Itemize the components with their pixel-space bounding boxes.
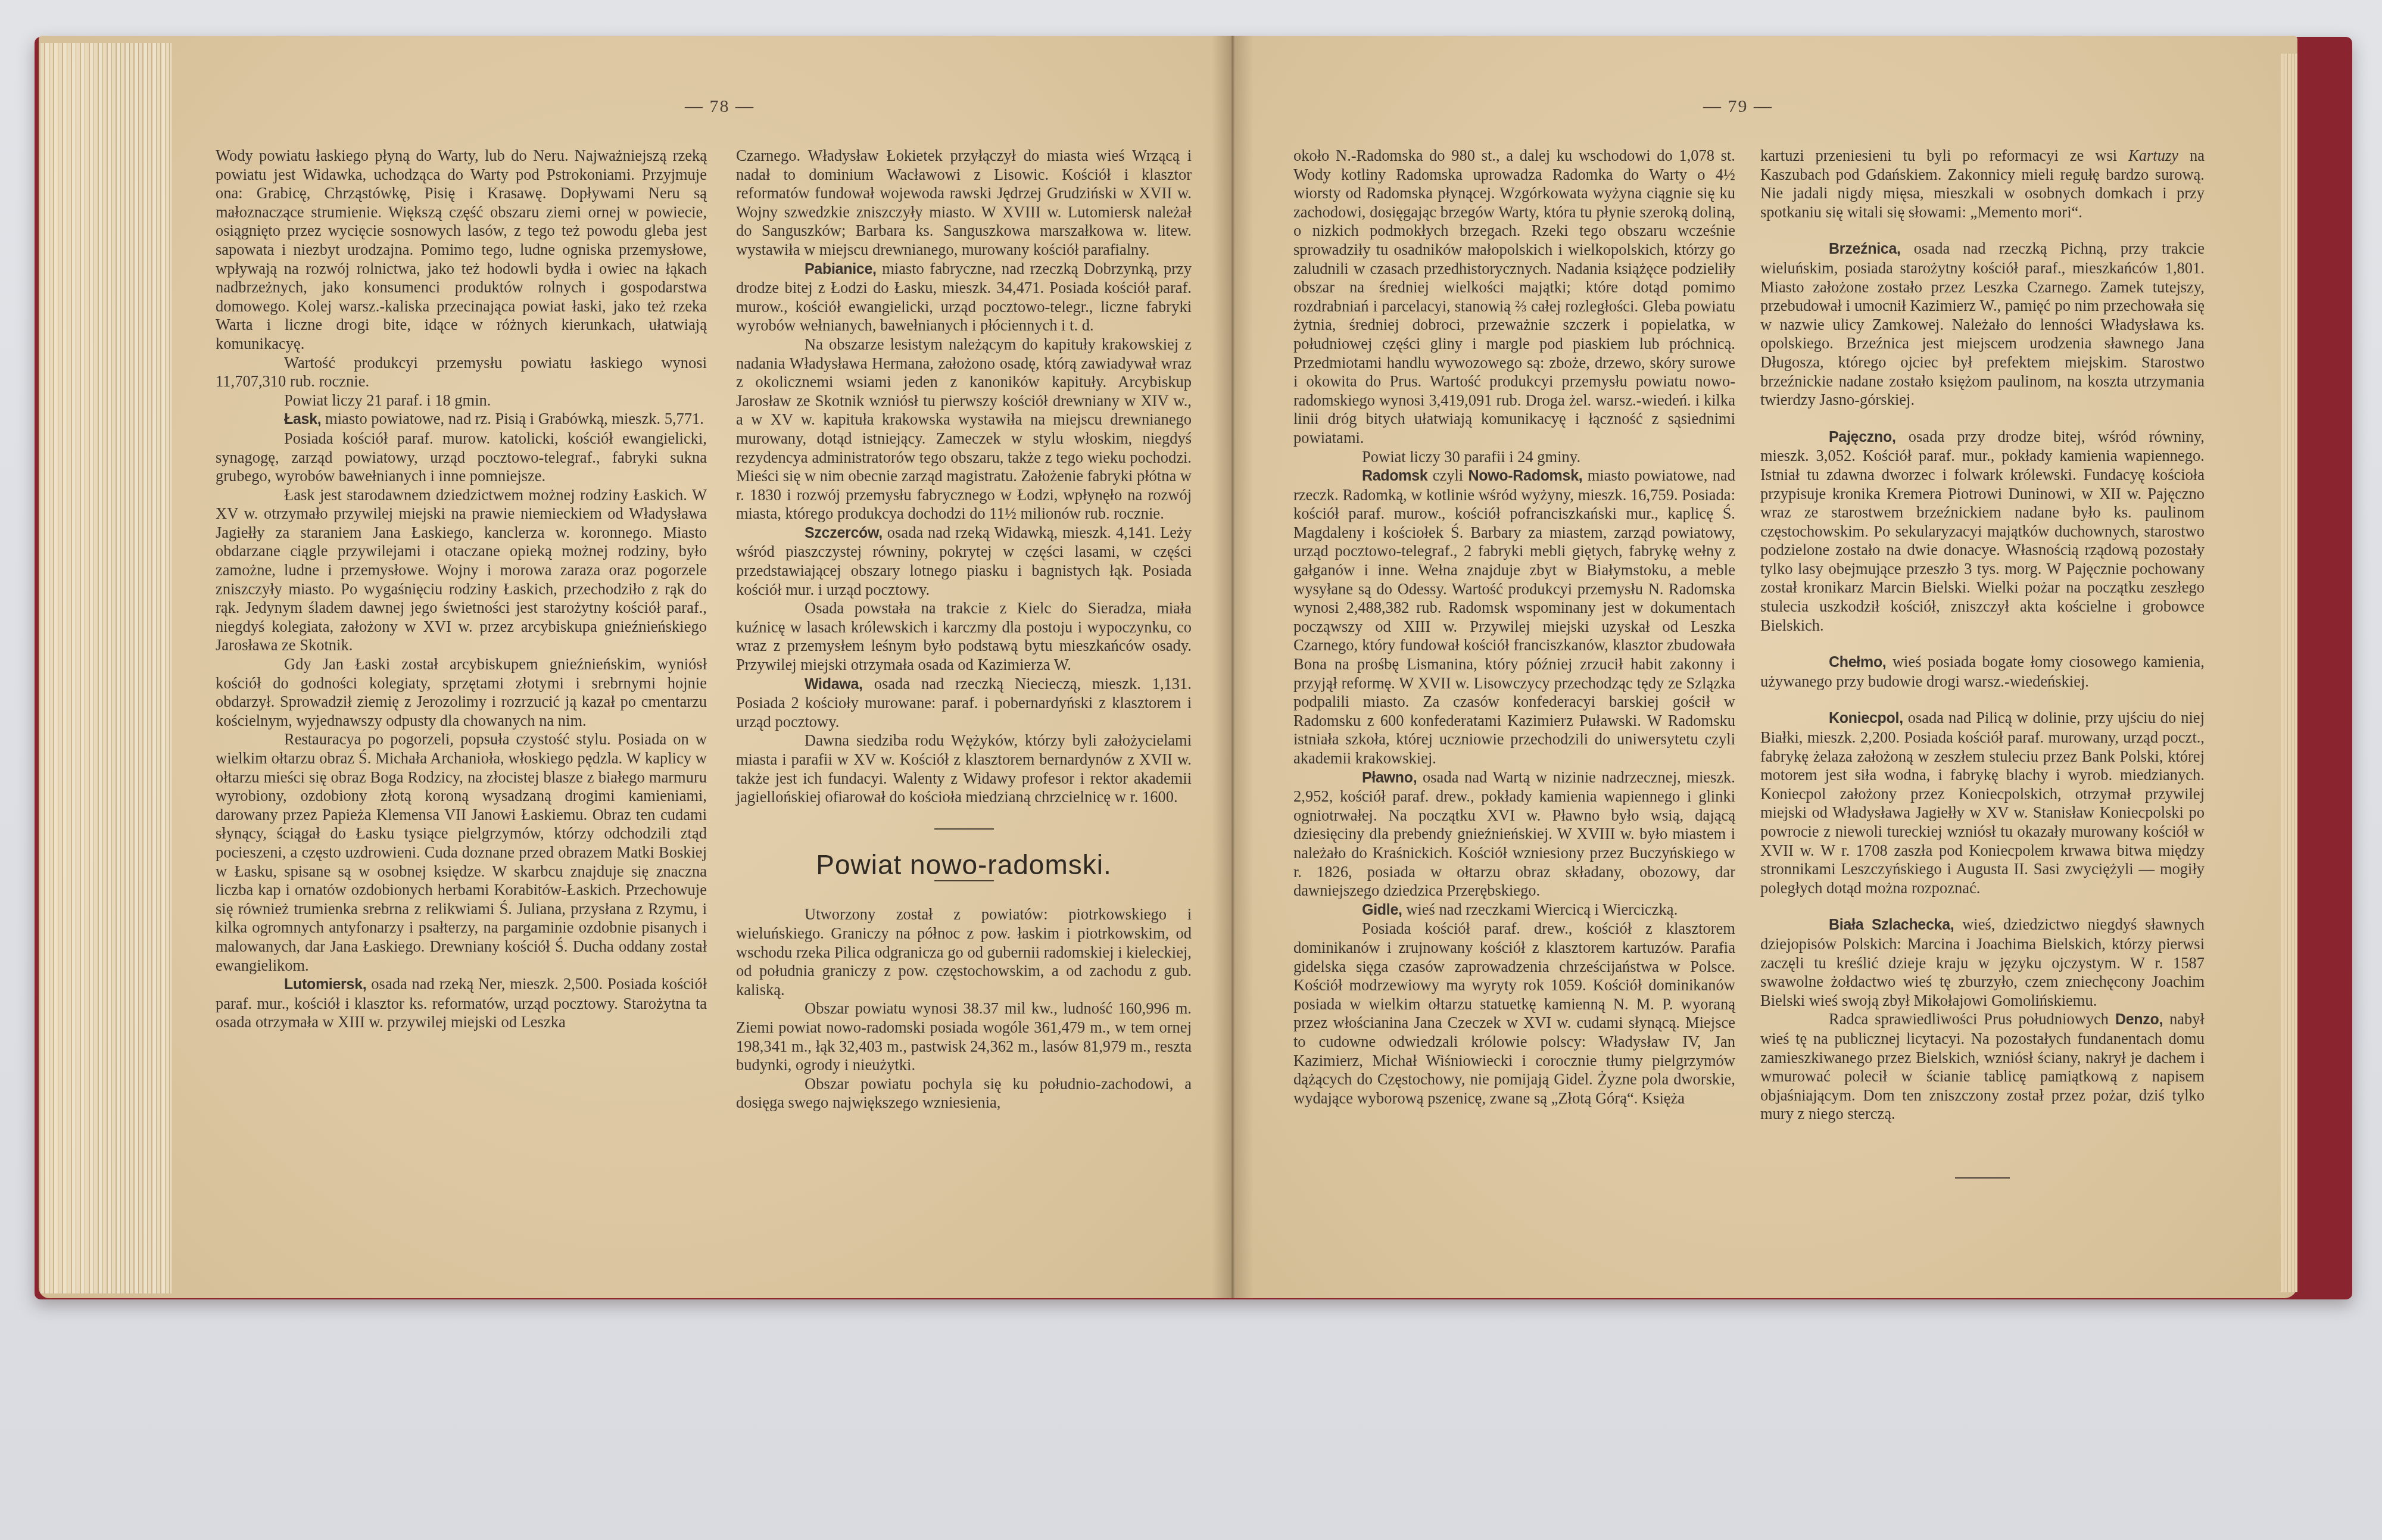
right-page-column-1: około N.-Radomska do 980 st., a dalej ku… [1293, 146, 1735, 1108]
right-column-2-entries: kartuzi przeniesieni tu byli po reformac… [1760, 146, 2205, 1124]
right-page-fore-edge [2281, 54, 2297, 1292]
paragraph-text: Czarnego. Władysław Łokietek przyłączył … [736, 146, 1192, 258]
paragraph: Utworzony został z powiatów: piotrkowski… [736, 905, 1192, 999]
entry-heading: Chełmo, [1829, 654, 1887, 671]
entry-heading: Łask, [284, 411, 321, 428]
paragraph-text: Restauracya po pogorzeli, popsuła czysto… [216, 730, 707, 974]
left-column-2-section-entries: Utworzony został z powiatów: piotrkowski… [736, 905, 1192, 1112]
paragraph: Powiat liczy 30 parafii i 24 gminy. [1293, 448, 1735, 467]
paragraph-text: Obszar powiatu pochyla się ku południo-z… [736, 1075, 1192, 1112]
paragraph-text: wieś nad rzeczkami Wiercicą i Wierciczką… [1402, 900, 1678, 918]
paragraph-gap [1760, 635, 2205, 653]
paragraph-text: miasto powiatowe, nad rzeczk. Radomką, w… [1293, 466, 1735, 767]
paragraph-text: około N.-Radomska do 980 st., a dalej ku… [1293, 146, 1735, 447]
paragraph-text: Wartość produkcyi przemysłu powiatu łask… [216, 354, 707, 391]
paragraph-text: osada nad Pilicą w dolinie, przy ujściu … [1760, 709, 2205, 896]
paragraph-gap [1760, 691, 2205, 709]
entry-heading: Szczerców, [805, 525, 883, 541]
paragraph-text: Gdy Jan Łaski został arcybiskupem gnieźn… [216, 655, 707, 730]
paragraph-text: Posiada kościół paraf. murow. katolicki,… [216, 429, 707, 485]
paragraph: Pabianice, miasto fabryczne, nad rzeczką… [736, 260, 1192, 335]
entry-heading: Biała Szlachecka, [1829, 916, 1954, 933]
left-page-column-1: Wody powiatu łaskiego płyną do Warty, lu… [216, 146, 707, 1032]
right-page-column-2: kartuzi przeniesieni tu byli po reformac… [1760, 146, 2205, 1196]
paragraph-gap [1760, 222, 2205, 239]
entry-heading: Pławno, [1362, 769, 1417, 786]
paragraph-text: Utworzony został z powiatów: piotrkowski… [736, 905, 1192, 998]
paragraph-text: osada nad rzeczką Pichną, przy trakcie w… [1760, 239, 2205, 409]
paragraph-text: Na obszarze lesistym należącym do kapitu… [736, 335, 1192, 522]
paragraph: Radomsk czyli Nowo-Radomsk, miasto powia… [1293, 466, 1735, 768]
paragraph: Powiat liczy 21 paraf. i 18 gmin. [216, 391, 707, 410]
entry-heading: Brzeźnica, [1829, 241, 1901, 257]
paragraph-text: Posiada kościół paraf. drew., kościół z … [1293, 919, 1735, 1106]
paragraph-text: czyli [1427, 466, 1468, 484]
paragraph-text: Wody powiatu łaskiego płyną do Warty, lu… [216, 146, 707, 353]
paragraph: Dawna siedziba rodu Wężyków, którzy byli… [736, 731, 1192, 806]
paragraph: Na obszarze lesistym należącym do kapitu… [736, 335, 1192, 523]
section-divider-bottom [934, 880, 994, 881]
end-divider [1955, 1177, 2010, 1179]
paragraph: Pajęczno, osada przy drodze bitej, wśród… [1760, 428, 2205, 635]
entry-heading: Pabianice, [805, 261, 877, 278]
left-column-2-entries: Czarnego. Władysław Łokietek przyłączył … [736, 146, 1192, 807]
paragraph: Restauracya po pogorzeli, popsuła czysto… [216, 730, 707, 975]
paragraph: Brzeźnica, osada nad rzeczką Pichną, prz… [1760, 239, 2205, 409]
paragraph-text: Powiat liczy 30 parafii i 24 gminy. [1362, 448, 1580, 466]
book-gutter [1212, 36, 1254, 1298]
paragraph-gap [1760, 897, 2205, 915]
entry-heading: Pajęczno, [1829, 429, 1896, 445]
paragraph: Lutomiersk, osada nad rzeką Ner, mieszk.… [216, 975, 707, 1032]
paragraph: Gidle, wieś nad rzeczkami Wiercicą i Wie… [1293, 900, 1735, 920]
paragraph-text: miasto powiatowe, nad rz. Pisią i Grabów… [321, 410, 704, 428]
paragraph: Pławno, osada nad Wartą w nizinie nadrze… [1293, 768, 1735, 900]
paragraph: Posiada kościół paraf. murow. katolicki,… [216, 429, 707, 486]
page-number-right: — 79 — [1703, 96, 1773, 117]
left-page-fore-edge [40, 43, 172, 1293]
paragraph: Łask jest starodawnem dziedzictwem możne… [216, 486, 707, 655]
paragraph-gap [1760, 410, 2205, 428]
paragraph-text: Osada powstała na trakcie z Kielc do Sie… [736, 599, 1192, 674]
paragraph: Wody powiatu łaskiego płyną do Warty, lu… [216, 146, 707, 354]
entry-heading: Gidle, [1362, 902, 1402, 918]
paragraph: Szczerców, osada nad rzeką Widawką, mies… [736, 523, 1192, 599]
paragraph-text: wieś posiada bogate łomy ciosowego kamie… [1760, 653, 2205, 690]
entry-heading-alt: Nowo-Radomsk, [1468, 467, 1582, 484]
entry-heading: Radomsk [1362, 467, 1427, 484]
paragraph: Czarnego. Władysław Łokietek przyłączył … [736, 146, 1192, 260]
paragraph: Gdy Jan Łaski został arcybiskupem gnieźn… [216, 655, 707, 730]
paragraph: Posiada kościół paraf. drew., kościół z … [1293, 919, 1735, 1108]
section-title: Powiat nowo-radomski. [736, 856, 1192, 875]
paragraph-text: wieś, dziedzictwo niegdyś sławnych dziej… [1760, 915, 2205, 1009]
paragraph-text: Dawna siedziba rodu Wężyków, którzy byli… [736, 731, 1192, 806]
italic-place-name: Kartuzy [2128, 146, 2178, 164]
paragraph: Łask, miasto powiatowe, nad rz. Pisią i … [216, 410, 707, 429]
paragraph-text: Radca sprawiedliwości Prus południowych [1829, 1010, 2115, 1028]
left-page-column-2: Czarnego. Władysław Łokietek przyłączył … [736, 146, 1192, 1112]
paragraph: Osada powstała na trakcie z Kielc do Sie… [736, 599, 1192, 674]
paragraph: Radca sprawiedliwości Prus południowych … [1760, 1010, 2205, 1124]
paragraph: Wartość produkcyi przemysłu powiatu łask… [216, 354, 707, 391]
entry-heading: Koniecpol, [1829, 710, 1903, 727]
paragraph: Widawa, osada nad rzeczką Niecieczą, mie… [736, 675, 1192, 732]
entry-heading: Denzo, [2115, 1011, 2163, 1028]
section-divider-top [934, 828, 994, 830]
paragraph-text: osada nad Wartą w nizinie nadrzecznej, m… [1293, 768, 1735, 900]
paragraph: Obszar powiatu pochyla się ku południo-z… [736, 1075, 1192, 1112]
paragraph-text: Łask jest starodawnem dziedzictwem możne… [216, 486, 707, 654]
paragraph: Obszar powiatu wynosi 38.37 mil kw., lud… [736, 999, 1192, 1074]
entry-heading: Lutomiersk, [284, 976, 366, 993]
paragraph-text: Powiat liczy 21 paraf. i 18 gmin. [284, 391, 491, 409]
paragraph-text: osada przy drodze bitej, wśród równiny, … [1760, 428, 2205, 634]
paragraph-text: kartuzi przeniesieni tu byli po reformac… [1760, 146, 2128, 164]
paragraph: Biała Szlachecka, wieś, dziedzictwo nieg… [1760, 915, 2205, 1010]
entry-heading: Widawa, [805, 676, 863, 693]
page-number-left: — 78 — [685, 96, 754, 117]
paragraph-text: Obszar powiatu wynosi 38.37 mil kw., lud… [736, 999, 1192, 1074]
paragraph: Chełmo, wieś posiada bogate łomy ciosowe… [1760, 653, 2205, 691]
paragraph: kartuzi przeniesieni tu byli po reformac… [1760, 146, 2205, 222]
paragraph: około N.-Radomska do 980 st., a dalej ku… [1293, 146, 1735, 448]
paragraph: Koniecpol, osada nad Pilicą w dolinie, p… [1760, 709, 2205, 897]
